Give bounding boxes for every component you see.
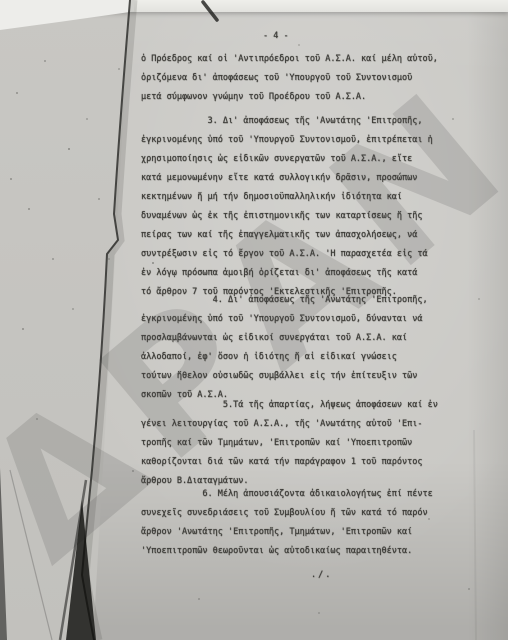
page-number: - 4 - bbox=[263, 27, 289, 46]
continuation-mark: ./. bbox=[311, 566, 332, 585]
paragraph-6: 6. Μέλη ἀπουσιάζοντα ἀδικαιολογήτως ἐπί … bbox=[141, 485, 433, 561]
underlying-page-edge bbox=[0, 0, 132, 640]
paragraph-continuation: ὁ Πρόεδρος καί οἱ 'Αντιπρόεδροι τοῦ Α.Σ.… bbox=[141, 50, 438, 107]
paragraph-5: 5.Τά τῆς ἀπαρτίας, λήψεως ἀποφάσεων καί … bbox=[141, 396, 438, 491]
paragraph-3: 3. Δι' ἀποφάσεως τῆς 'Ανωτάτης 'Επιτροπῆ… bbox=[141, 112, 433, 302]
paper-speckles bbox=[0, 0, 2, 2]
paragraph-4: 4. Δι' ἀποφάσεως τῆς 'Ανωτάτης 'Επιτροπῆ… bbox=[141, 291, 428, 405]
scanned-document-page: - 4 - ὁ Πρόεδρος καί οἱ 'Αντιπρόεδροι το… bbox=[0, 0, 508, 640]
right-fold-line bbox=[474, 430, 476, 640]
